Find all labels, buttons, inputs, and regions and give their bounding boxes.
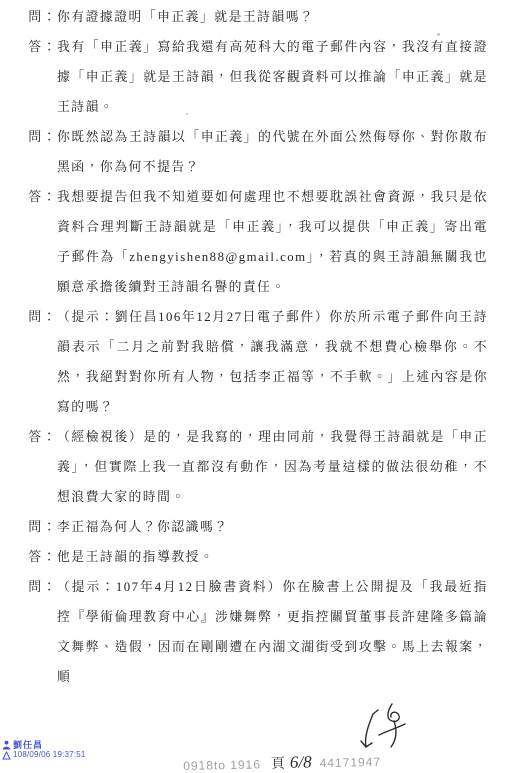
speaker-label: 答： [28,542,57,572]
qa-entry: 答：（經檢視後）是的，是我寫的，理由同前，我覺得王詩韻就是「申正義」，但實際上我… [57,422,488,512]
transcript: 問：你有證據證明「申正義」就是王詩韻嗎？ 答：我有「申正義」寫給我還有高苑科大的… [0,2,515,692]
speaker-label: 問： [28,122,57,152]
qa-entry: 問：李正福為何人？你認識嗎？ [57,512,488,542]
footer-left-fragment: 0918to 1916 [183,757,261,773]
qa-text: 我想要提告但我不知道要如何處理也不想要耽誤社會資源，我只是依資料合理判斷王詩韻就… [57,190,488,294]
qa-text: 你有證據證明「申正義」就是王詩韻嗎？ [57,10,314,24]
stamp-timestamp: 108/09/06 19:37:51 [13,750,86,760]
speaker-label: 答： [28,182,57,212]
page-footer: 0918to 1916 頁 6/8 44171947 [183,751,381,773]
stamp-author: 劉任昌 [13,740,43,750]
qa-entry: 問：（提示：劉任昌106年12月27日電子郵件）你於所示電子郵件向王詩韻表示「二… [57,302,488,422]
speaker-label: 答： [28,422,57,452]
qa-entry: 問：你有證據證明「申正義」就是王詩韻嗎？ [57,2,488,32]
annotation-triangle-icon [2,751,11,760]
scan-speck [186,113,188,115]
qa-text: 他是王詩韻的指導教授。 [57,550,214,564]
annotation-person-icon [2,740,11,750]
qa-text: （提示：107年4月12日臉書資料）你在臉書上公開提及「我最近指控『學術倫理教育… [57,580,488,684]
qa-entry: 問：你既然認為王詩韻以「申正義」的代號在外面公然侮辱你、對你散布黑函，你為何不提… [57,122,488,182]
qa-entry: 答：我有「申正義」寫給我還有高苑科大的電子郵件內容，我沒有直接證據「申正義」就是… [57,32,488,122]
qa-text: 李正福為何人？你認識嗎？ [57,520,229,534]
footer-page-number: 6/8 [290,752,312,771]
scan-speck [437,33,440,36]
speaker-label: 問： [28,512,57,542]
footer-right-fragment: 44171947 [320,755,382,770]
qa-text: 你既然認為王詩韻以「申正義」的代號在外面公然侮辱你、對你散布黑函，你為何不提告？ [57,130,488,174]
annotation-stamp: 劉任昌 108/09/06 19:37:51 [2,740,86,760]
qa-text: 我有「申正義」寫給我還有高苑科大的電子郵件內容，我沒有直接證據「申正義」就是王詩… [57,40,488,114]
speaker-label: 問： [28,2,57,32]
qa-entry: 答：我想要提告但我不知道要如何處理也不想要耽誤社會資源，我只是依資料合理判斷王詩… [57,182,488,302]
speaker-label: 答： [28,32,57,62]
qa-text: （經檢視後）是的，是我寫的，理由同前，我覺得王詩韻就是「申正義」，但實際上我一直… [57,430,488,504]
speaker-label: 問： [28,302,57,332]
speaker-label: 問： [28,572,57,602]
scan-speck [187,341,189,343]
footer-page-label: 頁 [271,757,285,772]
qa-entry: 答：他是王詩韻的指導教授。 [57,542,488,572]
document-page: 問：你有證據證明「申正義」就是王詩韻嗎？ 答：我有「申正義」寫給我還有高苑科大的… [0,0,515,773]
qa-text: （提示：劉任昌106年12月27日電子郵件）你於所示電子郵件向王詩韻表示「二月之… [57,310,488,414]
qa-entry: 問：（提示：107年4月12日臉書資料）你在臉書上公開提及「我最近指控『學術倫理… [57,572,488,692]
